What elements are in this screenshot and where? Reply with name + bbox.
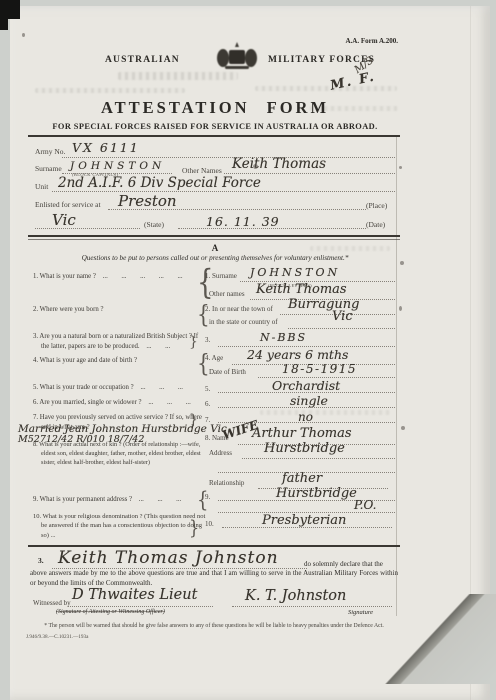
answer3-value: N-BBS (260, 331, 307, 344)
section-letter: A (35, 243, 395, 253)
paper-fold-line (396, 136, 397, 616)
declaration-lead: do solemnly declare that the (304, 560, 383, 568)
answer8-relationship-label: Relationship (209, 479, 244, 487)
answer10-label: 10. (205, 520, 214, 528)
answer2-town-label: 2. In or near the town of (205, 305, 273, 313)
answer9-label: 9. (205, 493, 210, 501)
answer8-relationship: father (282, 471, 322, 486)
ink-speck (399, 306, 402, 311)
cut-corner-shadow (370, 594, 496, 684)
dotted-line (222, 527, 392, 528)
question-4: 4. What is your age and date of birth ? (33, 356, 209, 366)
scan-corner-artifact (0, 0, 8, 30)
dotted-line (178, 228, 366, 229)
other-names-label: Other Names (182, 166, 222, 175)
witnessed-by-label: Witnessed by (33, 599, 71, 607)
question-2: 2. Where were you born ? (33, 305, 209, 315)
ink-speck (22, 33, 25, 37)
answer6-value: single (290, 393, 328, 408)
dotted-line (62, 173, 172, 174)
answer8-address-label: Address (209, 449, 232, 457)
army-no-value: VX 6111 (72, 140, 140, 155)
declaration-number: 3. (38, 556, 44, 565)
print-code: J.946/9.38.—C.10231.—193a (26, 634, 88, 640)
question-5: 5. What is your trade or occupation ? ..… (33, 383, 209, 393)
answer2-state: Vic (332, 309, 353, 324)
form-number: A.A. Form A.200. (308, 37, 398, 45)
answer4-age-label: 4. Age (205, 354, 223, 362)
bleedthrough-smudge (35, 88, 185, 93)
date-label: (Date) (366, 220, 385, 229)
surname-label: Surname (35, 164, 62, 173)
question-1: 1. What is your name ? ... ... ... ... .… (33, 272, 209, 282)
declaration-body: above answers made by me to the above qu… (30, 569, 398, 589)
date-value: 16. 11. 39 (206, 214, 280, 229)
surname-value: JOHNSTON (70, 160, 165, 172)
answer8-name-label: 8. Name (205, 434, 229, 442)
unit-label: Unit (35, 182, 48, 191)
brace: } (189, 516, 199, 539)
dotted-line (232, 606, 392, 607)
state-value: Vic (52, 211, 76, 229)
answer8-address: Hurstbridge (264, 441, 345, 456)
answer1-othernames-label: Other names (209, 290, 245, 298)
answer9-po: P.O. (354, 498, 376, 512)
answer1-othernames: Keith Thomas (256, 282, 347, 297)
divider (28, 545, 400, 547)
declaration-name-signature: Keith Thomas Johnston (58, 548, 279, 568)
dotted-line (218, 407, 395, 408)
page-title: ATTESTATION FORM (35, 98, 395, 118)
coat-of-arms-icon (215, 42, 259, 79)
signature-caption: Signature (348, 609, 373, 616)
scanned-paper: A.A. Form A.200. AUSTRALIAN MILITARY FOR… (10, 6, 490, 700)
bleedthrough-smudge (255, 86, 397, 91)
dotted-line (52, 191, 395, 192)
unit-value: 2nd A.I.F. 6 Div Special Force (58, 175, 261, 191)
answer8-name: Arthur Thomas (252, 426, 352, 441)
answer5-value: Orchardist (272, 378, 340, 393)
brace: { (197, 349, 210, 378)
margin-note-line2: M52712/42 R/010 18/7/42 (18, 434, 144, 445)
question-10: 10. What is your religious denomination … (33, 512, 206, 540)
answer2-state-label: in the state or country of (209, 318, 278, 326)
question-3: 3. Are you a natural born or a naturaliz… (33, 332, 203, 352)
ink-speck (399, 166, 402, 169)
answer3-label: 3. (205, 336, 210, 344)
ink-blot (253, 164, 258, 169)
place-label: (Place) (366, 201, 387, 210)
scanned-attestation-form-page: { "glyphs": { "brace_open": "{", "brace_… (0, 0, 496, 700)
answer9-value: Hurstbridge (276, 486, 357, 501)
brace: { (197, 300, 210, 329)
answer1-surname-label: 1. Surname (205, 272, 237, 280)
recruit-signature: K. T. Johnston (245, 588, 346, 604)
enlisted-at-label: Enlisted for service at (35, 200, 101, 209)
dotted-line (242, 458, 395, 459)
dotted-line (68, 606, 213, 607)
army-no-label: Army No. (35, 147, 65, 156)
question-9: 9. What is your permanent address ? ... … (33, 495, 209, 505)
answer4-dob-label: Date of Birth (209, 368, 246, 376)
answer6-label: 6. (205, 400, 210, 408)
dotted-line (288, 328, 395, 329)
answer4-dob: 18-5-1915 (282, 362, 357, 376)
ink-speck (400, 261, 404, 265)
bleedthrough-smudge (260, 410, 390, 415)
other-names-value: Keith Thomas (232, 156, 326, 172)
warning-footnote: * The person will be warned that should … (30, 622, 398, 631)
brace: } (189, 334, 198, 350)
dotted-line (35, 228, 140, 229)
divider (28, 235, 400, 237)
divider (28, 239, 400, 240)
page-subtitle: FOR SPECIAL FORCES RAISED FOR SERVICE IN… (30, 122, 400, 131)
answer1-surname: JOHNSTON (250, 266, 340, 279)
witness-signature: D Thwaites Lieut (72, 587, 197, 603)
section-intro: Questions to be put to persons called ou… (30, 254, 400, 262)
dotted-line (108, 209, 366, 210)
divider (28, 135, 400, 137)
place-value: Preston (118, 192, 177, 210)
ink-speck (401, 426, 405, 430)
witness-signature-caption: (Signature of Attesting or Witnessing Of… (56, 609, 165, 615)
answer4-age: 24 years 6 mths (247, 347, 348, 362)
answer10-value: Presbyterian (262, 513, 346, 528)
state-label: (State) (144, 220, 164, 229)
org-name-left: AUSTRALIAN (105, 55, 180, 65)
dotted-line (62, 157, 395, 158)
dotted-line (224, 173, 395, 174)
answer5-label: 5. (205, 385, 210, 393)
question-6: 6. Are you married, single or widower ? … (33, 398, 209, 408)
